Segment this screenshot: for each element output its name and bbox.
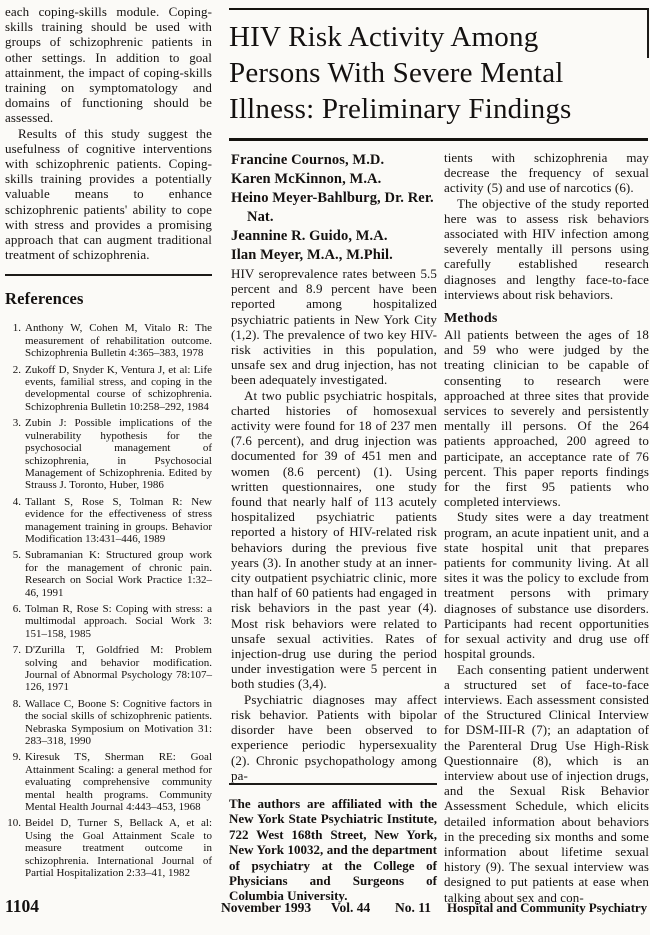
reference-item: 7. D'Zurilla T, Goldfried M: Problem sol…	[5, 644, 212, 694]
author-name: Jeannine R. Guido, M.A.	[231, 227, 443, 246]
page-number: 1104	[5, 896, 39, 917]
reference-text: Tolman R, Rose S: Coping with stress: a …	[25, 603, 212, 640]
author-list: Francine Cournos, M.D. Karen McKinnon, M…	[231, 151, 443, 265]
reference-number: 7.	[5, 644, 25, 694]
article-paragraph: At two public psychiatric hospitals, cha…	[231, 388, 437, 692]
article-paragraph: All patients between the ages of 18 and …	[444, 327, 649, 509]
reference-text: Wallace C, Boone S: Cognitive factors in…	[25, 698, 212, 748]
reference-number: 3.	[5, 417, 25, 491]
reference-text: Kiresuk TS, Sherman RE: Goal Attainment …	[25, 751, 212, 813]
references-heading: References	[5, 289, 212, 309]
reference-text: Beidel D, Turner S, Bellack A, et al: Us…	[25, 817, 212, 879]
closing-paragraph: each coping-skills module. Coping-skills…	[5, 4, 212, 126]
reference-number: 2.	[5, 364, 25, 414]
reference-item: 8. Wallace C, Boone S: Cognitive factors…	[5, 698, 212, 748]
issue-date: November 1993	[221, 900, 311, 916]
reference-item: 4. Tallant S, Rose S, Tolman R: New evid…	[5, 496, 212, 546]
reference-text: D'Zurilla T, Goldfried M: Problem solvin…	[25, 644, 212, 694]
article-paragraph: tients with schizophrenia may decrease t…	[444, 150, 649, 196]
reference-text: Anthony W, Cohen M, Vitalo R: The measur…	[25, 322, 212, 359]
reference-number: 4.	[5, 496, 25, 546]
reference-text: Zubin J: Possible implications of the vu…	[25, 417, 212, 491]
article-title: HIV Risk Activity Among	[229, 19, 648, 55]
article-paragraph: Study sites were a day treatment program…	[444, 509, 649, 661]
journal-page: each coping-skills module. Coping-skills…	[0, 0, 650, 935]
reference-item: 1. Anthony W, Cohen M, Vitalo R: The mea…	[5, 322, 212, 359]
article-column-2: tients with schizophrenia may decrease t…	[444, 150, 649, 905]
reference-item: 3. Zubin J: Possible implications of the…	[5, 417, 212, 491]
article-paragraph: Each consenting patient underwent a stru…	[444, 662, 649, 905]
reference-item: 10. Beidel D, Turner S, Bellack A, et al…	[5, 817, 212, 879]
reference-item: 5. Subramanian K: Structured group work …	[5, 549, 212, 599]
article-paragraph: HIV seroprevalence rates between 5.5 per…	[231, 266, 437, 388]
article-paragraph: Psychiatric diagnoses may affect risk be…	[231, 692, 437, 783]
reference-item: 6. Tolman R, Rose S: Coping with stress:…	[5, 603, 212, 640]
references-list: 1. Anthony W, Cohen M, Vitalo R: The mea…	[5, 322, 212, 879]
reference-number: 10.	[5, 817, 25, 879]
affiliation-note: The authors are affiliated with the New …	[229, 783, 437, 904]
author-name: Heino Meyer-Bahlburg, Dr. Rer. Nat.	[231, 189, 443, 227]
article-title-block: HIV Risk Activity Among Persons With Sev…	[229, 8, 648, 141]
reference-number: 1.	[5, 322, 25, 359]
reference-text: Subramanian K: Structured group work for…	[25, 549, 212, 599]
page-edge-artifact	[647, 8, 649, 58]
page-footer: 1104 November 1993 Vol. 44 No. 11 Hospit…	[0, 896, 650, 924]
reference-item: 9. Kiresuk TS, Sherman RE: Goal Attainme…	[5, 751, 212, 813]
journal-name: Hospital and Community Psychiatry	[447, 900, 647, 916]
article-title: Illness: Preliminary Findings	[229, 91, 648, 127]
reference-item: 2. Zukoff D, Snyder K, Ventura J, et al:…	[5, 364, 212, 414]
reference-number: 8.	[5, 698, 25, 748]
methods-heading: Methods	[444, 311, 649, 327]
author-name: Ilan Meyer, M.A., M.Phil.	[231, 246, 443, 265]
article-paragraph: The objective of the study reported here…	[444, 196, 649, 302]
reference-text: Zukoff D, Snyder K, Ventura J, et al: Li…	[25, 364, 212, 414]
section-divider	[5, 274, 212, 276]
closing-paragraph: Results of this study suggest the useful…	[5, 126, 212, 263]
author-name: Francine Cournos, M.D.	[231, 151, 443, 170]
left-column: each coping-skills module. Coping-skills…	[5, 4, 212, 884]
issue-number: No. 11	[395, 900, 431, 916]
article-title: Persons With Severe Mental	[229, 55, 648, 91]
reference-number: 5.	[5, 549, 25, 599]
volume-label: Vol. 44	[331, 900, 370, 916]
reference-number: 6.	[5, 603, 25, 640]
author-name: Karen McKinnon, M.A.	[231, 170, 443, 189]
article-column-1: HIV seroprevalence rates between 5.5 per…	[231, 266, 437, 783]
reference-number: 9.	[5, 751, 25, 813]
reference-text: Tallant S, Rose S, Tolman R: New evidenc…	[25, 496, 212, 546]
